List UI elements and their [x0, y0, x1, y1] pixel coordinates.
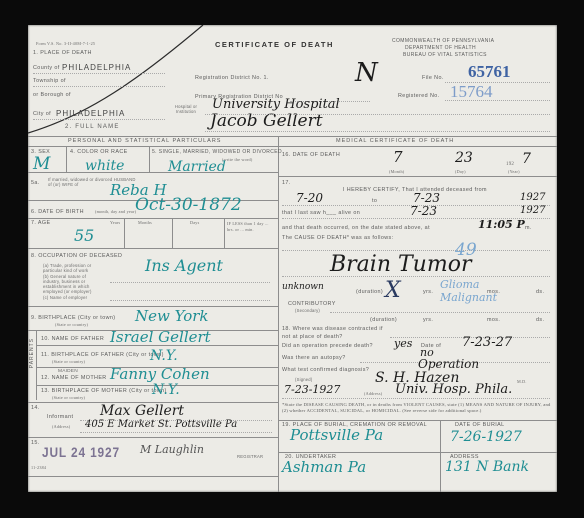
- registration-district-label: Registration District No. 1.: [195, 76, 269, 81]
- certify-num: 17.: [282, 181, 291, 186]
- race-label: 4. COLOR OR RACE: [70, 150, 128, 155]
- informant-num: 14.: [31, 406, 40, 411]
- month-label: (Month): [389, 170, 404, 174]
- death-time: 11:05 P: [478, 219, 525, 230]
- cause-footnote: *State the DISEASE CAUSING DEATH, or in …: [282, 402, 552, 413]
- file-no-label: File No.: [422, 76, 444, 81]
- footer-code: 11-2384: [31, 466, 46, 470]
- authority-line-1: COMMONWEALTH OF PENNSYLVANIA: [392, 39, 494, 44]
- registered-number: 15764: [450, 82, 493, 102]
- borough-label: or Borough of: [33, 93, 71, 98]
- yrs-label: yrs.: [423, 290, 433, 295]
- registrar-label: REGISTRAR: [237, 455, 263, 459]
- attended-to-year: 1927: [520, 193, 545, 203]
- contributory-label: CONTRIBUTORY: [288, 302, 336, 307]
- death-year-prefix: 192: [506, 162, 514, 167]
- operation-date: 7-23-27: [462, 336, 512, 349]
- township-label: Township of: [33, 79, 66, 84]
- occupation-value: Ins Agent: [145, 258, 223, 274]
- year-label: (Year): [508, 170, 520, 174]
- death-occurred-label: and that death occurred, on the date sta…: [282, 226, 430, 231]
- age-days-label: Days: [190, 221, 199, 225]
- race-value: white: [85, 159, 124, 173]
- signed-address: Univ. Hosp. Phila.: [395, 383, 512, 396]
- cause-of-death: Brain Tumor: [330, 254, 471, 276]
- burial-place: Pottsville Pa: [290, 428, 383, 443]
- contributory-duration-label: (duration): [370, 318, 397, 323]
- authority-line-2: DEPARTMENT OF HEALTH: [405, 46, 476, 51]
- operation-label: Did an operation precede death?: [282, 344, 373, 349]
- day-label: (Day): [455, 170, 466, 174]
- sex-value: M: [33, 156, 50, 173]
- birthplace-value: New York: [135, 309, 209, 324]
- undertaker-value: Ashman Pa: [282, 460, 366, 475]
- age-years-label: Years: [110, 221, 120, 225]
- date-of-death-label: 16. DATE OF DEATH: [282, 153, 340, 158]
- marital-hint: (write the word): [222, 158, 252, 162]
- mother-birthplace-label: 13. BIRTHPLACE OF MOTHER (City or town): [41, 389, 167, 394]
- spouse-num: 5a.: [31, 181, 40, 186]
- burial-date-label: DATE OF BURIAL: [455, 423, 505, 428]
- informant-name: Max Gellert: [100, 404, 184, 418]
- death-year-suffix: 7: [522, 152, 531, 166]
- filed-date-stamp: JUL 24 1927: [42, 444, 120, 460]
- marital-label: 5. SINGLE, MARRIED, WIDOWED OR DIVORCED: [152, 150, 282, 155]
- hospital-label: Hospital or Institution: [166, 104, 206, 114]
- test-value: Operation: [418, 358, 479, 370]
- duration-label: (duration): [356, 290, 383, 295]
- age-label: 7. AGE: [31, 221, 50, 226]
- contributory-yrs-label: yrs.: [423, 318, 433, 323]
- operation-value: yes: [394, 338, 412, 349]
- dob-value: Oct-30-1872: [135, 197, 242, 214]
- age-less-label: IF LESS than 1 day ... hrs. or ... min.: [227, 221, 275, 234]
- signed-date: 7-23-1927: [284, 384, 340, 395]
- death-day: 23: [455, 151, 473, 165]
- contributory-mark: X: [385, 280, 401, 302]
- death-time-suffix: m.: [525, 226, 532, 231]
- ds-label: ds.: [536, 290, 544, 295]
- to-label: to: [372, 199, 377, 204]
- duration-prefix: unknown: [282, 283, 324, 292]
- informant-address-label: (Address): [52, 425, 70, 429]
- contributory-ds-label: ds.: [536, 318, 544, 323]
- age-months-label: Months: [138, 221, 152, 225]
- informant-label: Informant: [47, 415, 73, 420]
- occupation-hint-a: (a) Trade, profession or particular kind…: [43, 263, 103, 273]
- registrar-signature: M Laughlin: [140, 444, 204, 455]
- registered-no-label: Registered No.: [398, 94, 440, 99]
- mother-name-label: 12. NAME OF MOTHER: [41, 376, 107, 381]
- primary-district-mark: N: [355, 60, 378, 86]
- undertaker-address: 131 N Bank: [445, 460, 529, 474]
- mother-name-value: Fanny Cohen: [110, 367, 210, 382]
- birthplace-state-label: (State or country): [55, 323, 88, 327]
- county-value: PHILADELPHIA: [62, 64, 131, 72]
- occupation-hint-b: (b) General nature of industry, business…: [43, 274, 103, 294]
- father-name-label: 10. NAME OF FATHER: [41, 337, 104, 342]
- mother-birthplace-value: N.Y.: [152, 383, 180, 397]
- last-saw-label: that I last saw h___ alive on: [282, 211, 360, 216]
- hospital-value: University Hospital: [212, 98, 340, 111]
- dob-hint: (month, day and year): [95, 210, 136, 214]
- father-birthplace-label: 11. BIRTHPLACE OF FATHER (City or town): [41, 353, 164, 358]
- last-saw-year: 1927: [520, 206, 545, 216]
- full-name-label: 2. FULL NAME: [65, 124, 120, 130]
- city-label: City of: [33, 112, 51, 117]
- disease-contracted-label: 18. Where was disease contracted if not …: [282, 325, 392, 341]
- full-name-value: Jacob Gellert: [210, 113, 323, 130]
- city-value: PHILADELPHIA: [56, 110, 125, 118]
- medical-header: MEDICAL CERTIFICATE OF DEATH: [336, 139, 454, 145]
- age-years-value: 55: [74, 228, 94, 244]
- authority-line-3: BUREAU OF VITAL STATISTICS: [403, 53, 487, 58]
- burial-date: 7-26-1927: [450, 430, 522, 444]
- parents-side-label: PARENTS: [29, 338, 35, 368]
- personal-header: PERSONAL AND STATISTICAL PARTICULARS: [68, 139, 221, 145]
- birthplace-label: 9. BIRTHPLACE (City or town): [31, 316, 116, 321]
- dob-label: 6. DATE OF BIRTH: [31, 210, 84, 215]
- occupation-label: 8. OCCUPATION OF DECEASED: [31, 254, 122, 259]
- signed-label: (Signed): [295, 378, 312, 382]
- place-of-death-label: 1. PLACE OF DEATH: [33, 51, 92, 56]
- contributory-sub: (Secondary): [295, 309, 320, 313]
- cause-note: Glioma Malignant: [440, 278, 520, 304]
- document-title: CERTIFICATE OF DEATH: [215, 40, 334, 49]
- test-label: What test confirmed diagnosis?: [282, 368, 369, 373]
- file-number: 65761: [468, 62, 511, 82]
- autopsy-label: Was there an autopsy?: [282, 356, 346, 361]
- father-name-value: Israel Gellert: [110, 330, 211, 345]
- informant-address: 405 E Market St. Pottsville Pa: [85, 420, 237, 430]
- cause-label: The CAUSE OF DEATH* was as follows:: [282, 236, 394, 241]
- contributory-mos-label: mos.: [487, 318, 500, 323]
- attended-to: 7-23: [413, 192, 440, 204]
- occupation-hint-c: (c) Name of employer: [43, 296, 87, 300]
- last-saw-date: 7-23: [410, 205, 437, 217]
- father-birthplace-state-label: (State or country): [52, 360, 85, 364]
- signed-address-label: (Address): [364, 392, 382, 396]
- father-birthplace-value: N.Y.: [150, 349, 178, 363]
- death-month: 7: [393, 150, 403, 165]
- county-label: County of: [33, 66, 60, 71]
- mother-birthplace-state-label: (State or country): [52, 396, 85, 400]
- attended-from: 7-20: [296, 192, 323, 204]
- md-label: M.D.: [517, 380, 527, 384]
- filed-num: 15.: [31, 441, 40, 446]
- form-number: Form V.S. No. 3-II-40M-7-1-25: [36, 42, 95, 46]
